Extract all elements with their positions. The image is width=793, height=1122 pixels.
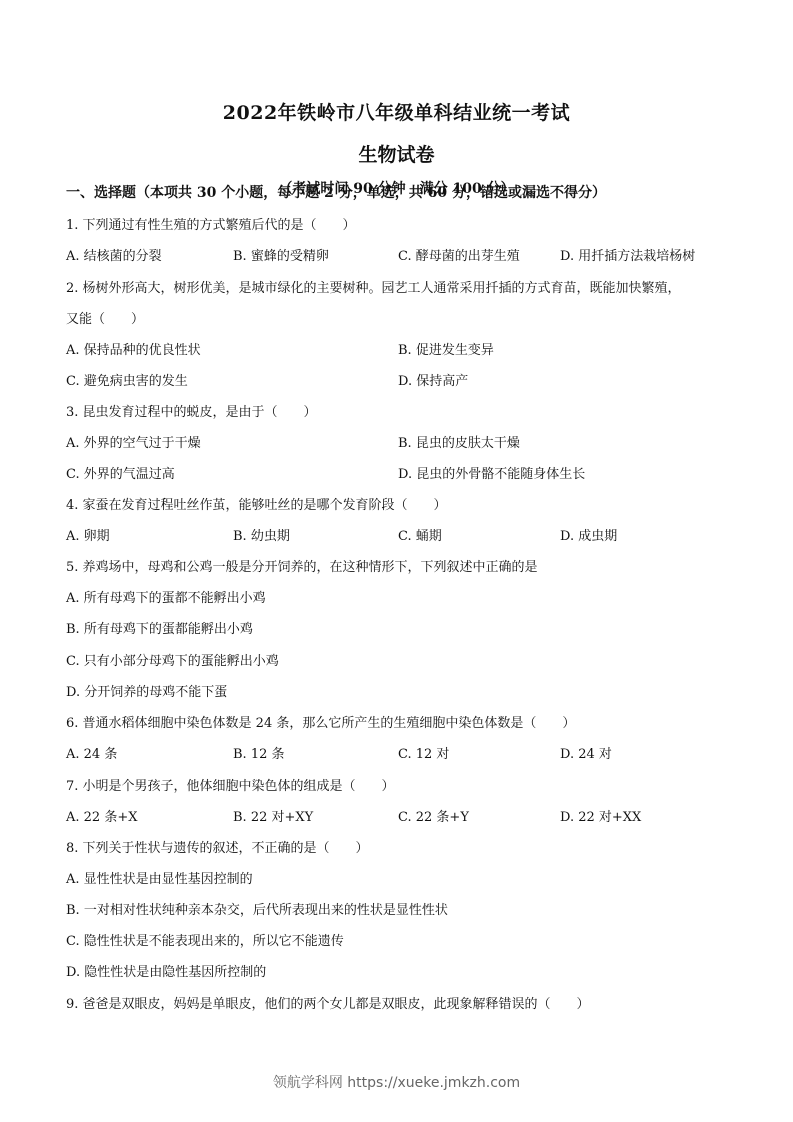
q7-option-c: C. 22 条+Y <box>398 806 469 825</box>
q7-option-d: D. 22 对+XX <box>560 806 641 825</box>
q3-option-a: A. 外界的空气过于干燥 <box>66 432 201 451</box>
q8-option-b: B. 一对相对性状纯种亲本杂交，后代所表现出来的性状是显性性状 <box>66 899 448 918</box>
q4-option-d: D. 成虫期 <box>560 525 617 544</box>
question-2-stem-cont: 又能（ ） <box>66 308 144 327</box>
q6-option-d: D. 24 对 <box>560 743 612 762</box>
q4-option-b: B. 幼虫期 <box>233 525 290 544</box>
q2-option-b: B. 促进发生变异 <box>398 339 494 358</box>
q7-option-b: B. 22 对+XY <box>233 806 313 825</box>
question-1-stem: 1. 下列通过有性生殖的方式繁殖后代的是（ ） <box>66 214 356 233</box>
q7-option-a: A. 22 条+X <box>66 806 137 825</box>
question-8-stem: 8. 下列关于性状与遗传的叙述，不正确的是（ ） <box>66 837 369 856</box>
q8-option-d: D. 隐性性状是由隐性基因所控制的 <box>66 961 266 980</box>
exam-subtitle: 生物试卷 <box>0 140 793 167</box>
q1-option-c: C. 酵母菌的出芽生殖 <box>398 245 520 264</box>
q5-option-c: C. 只有小部分母鸡下的蛋能孵出小鸡 <box>66 650 279 669</box>
question-9-stem: 9. 爸爸是双眼皮，妈妈是单眼皮，他们的两个女儿都是双眼皮，此现象解释错误的（ … <box>66 993 590 1012</box>
q3-option-b: B. 昆虫的皮肤太干燥 <box>398 432 520 451</box>
q5-option-a: A. 所有母鸡下的蛋都不能孵出小鸡 <box>66 587 266 606</box>
q1-option-b: B. 蜜蜂的受精卵 <box>233 245 329 264</box>
q1-option-a: A. 结核菌的分裂 <box>66 245 162 264</box>
q8-option-a: A. 显性性状是由显性基因控制的 <box>66 868 253 887</box>
question-7-stem: 7. 小明是个男孩子，他体细胞中染色体的组成是（ ） <box>66 775 395 794</box>
question-4-stem: 4. 家蚕在发育过程吐丝作茧，能够吐丝的是哪个发育阶段（ ） <box>66 494 447 513</box>
question-5-stem: 5. 养鸡场中，母鸡和公鸡一般是分开饲养的，在这种情形下，下列叙述中正确的是 <box>66 556 538 575</box>
q6-option-b: B. 12 条 <box>233 743 285 762</box>
q2-option-d: D. 保持高产 <box>398 370 468 389</box>
question-3-stem: 3. 昆虫发育过程中的蜕皮，是由于（ ） <box>66 401 317 420</box>
section-heading: 一、选择题（本项共 30 个小题，每小题 2 分，单选，共 60 分，错选或漏选… <box>66 182 606 202</box>
q8-option-c: C. 隐性性状是不能表现出来的，所以它不能遗传 <box>66 930 344 949</box>
q4-option-a: A. 卵期 <box>66 525 110 544</box>
q4-option-c: C. 蛹期 <box>398 525 442 544</box>
q3-option-c: C. 外界的气温过高 <box>66 463 175 482</box>
watermark-footer: 领航学科网 https://xueke.jmkzh.com <box>0 1072 793 1092</box>
q5-option-b: B. 所有母鸡下的蛋都能孵出小鸡 <box>66 618 253 637</box>
question-2-stem: 2. 杨树外形高大，树形优美，是城市绿化的主要树种。园艺工人通常采用扦插的方式育… <box>66 277 681 296</box>
q1-option-d: D. 用扦插方法栽培杨树 <box>560 245 695 264</box>
q3-option-d: D. 昆虫的外骨骼不能随身体生长 <box>398 463 585 482</box>
q6-option-a: A. 24 条 <box>66 743 117 762</box>
q5-option-d: D. 分开饲养的母鸡不能下蛋 <box>66 681 227 700</box>
exam-title: 2022年铁岭市八年级单科结业统一考试 <box>0 98 793 125</box>
q2-option-c: C. 避免病虫害的发生 <box>66 370 188 389</box>
q2-option-a: A. 保持品种的优良性状 <box>66 339 201 358</box>
q6-option-c: C. 12 对 <box>398 743 449 762</box>
question-6-stem: 6. 普通水稻体细胞中染色体数是 24 条，那么它所产生的生殖细胞中染色体数是（… <box>66 712 575 731</box>
